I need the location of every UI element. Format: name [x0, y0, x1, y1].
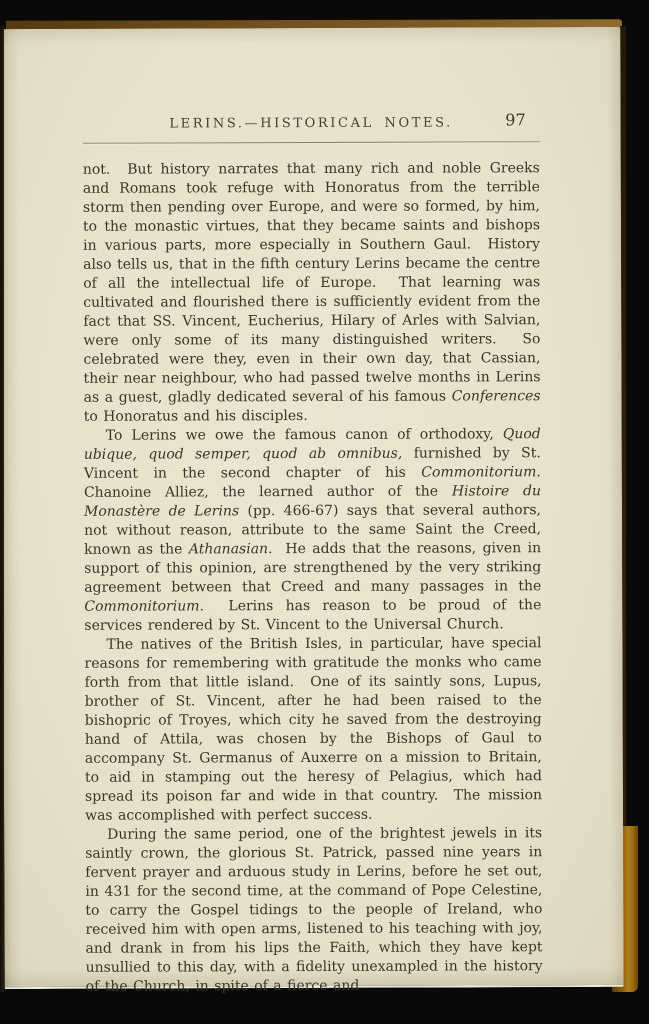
book-spine-left-edge	[0, 26, 4, 992]
paragraph: not. But history narrates that many rich…	[83, 159, 541, 427]
paragraph: During the same period, one of the brigh…	[85, 824, 543, 997]
running-title: LERINS.—HISTORICAL NOTES.	[169, 116, 453, 132]
page-header: LERINS.—HISTORICAL NOTES. 97	[83, 111, 540, 133]
photo-background: LERINS.—HISTORICAL NOTES. 97 not. But hi…	[0, 0, 649, 1024]
paragraph: The natives of the British Isles, in par…	[84, 634, 542, 826]
book-page: LERINS.—HISTORICAL NOTES. 97 not. But hi…	[1, 27, 623, 989]
header-rule	[83, 141, 540, 144]
page-text: not. But history narrates that many rich…	[83, 159, 543, 997]
page-number: 97	[505, 110, 525, 129]
paragraph: To Lerins we owe the famous canon of ort…	[84, 425, 542, 636]
